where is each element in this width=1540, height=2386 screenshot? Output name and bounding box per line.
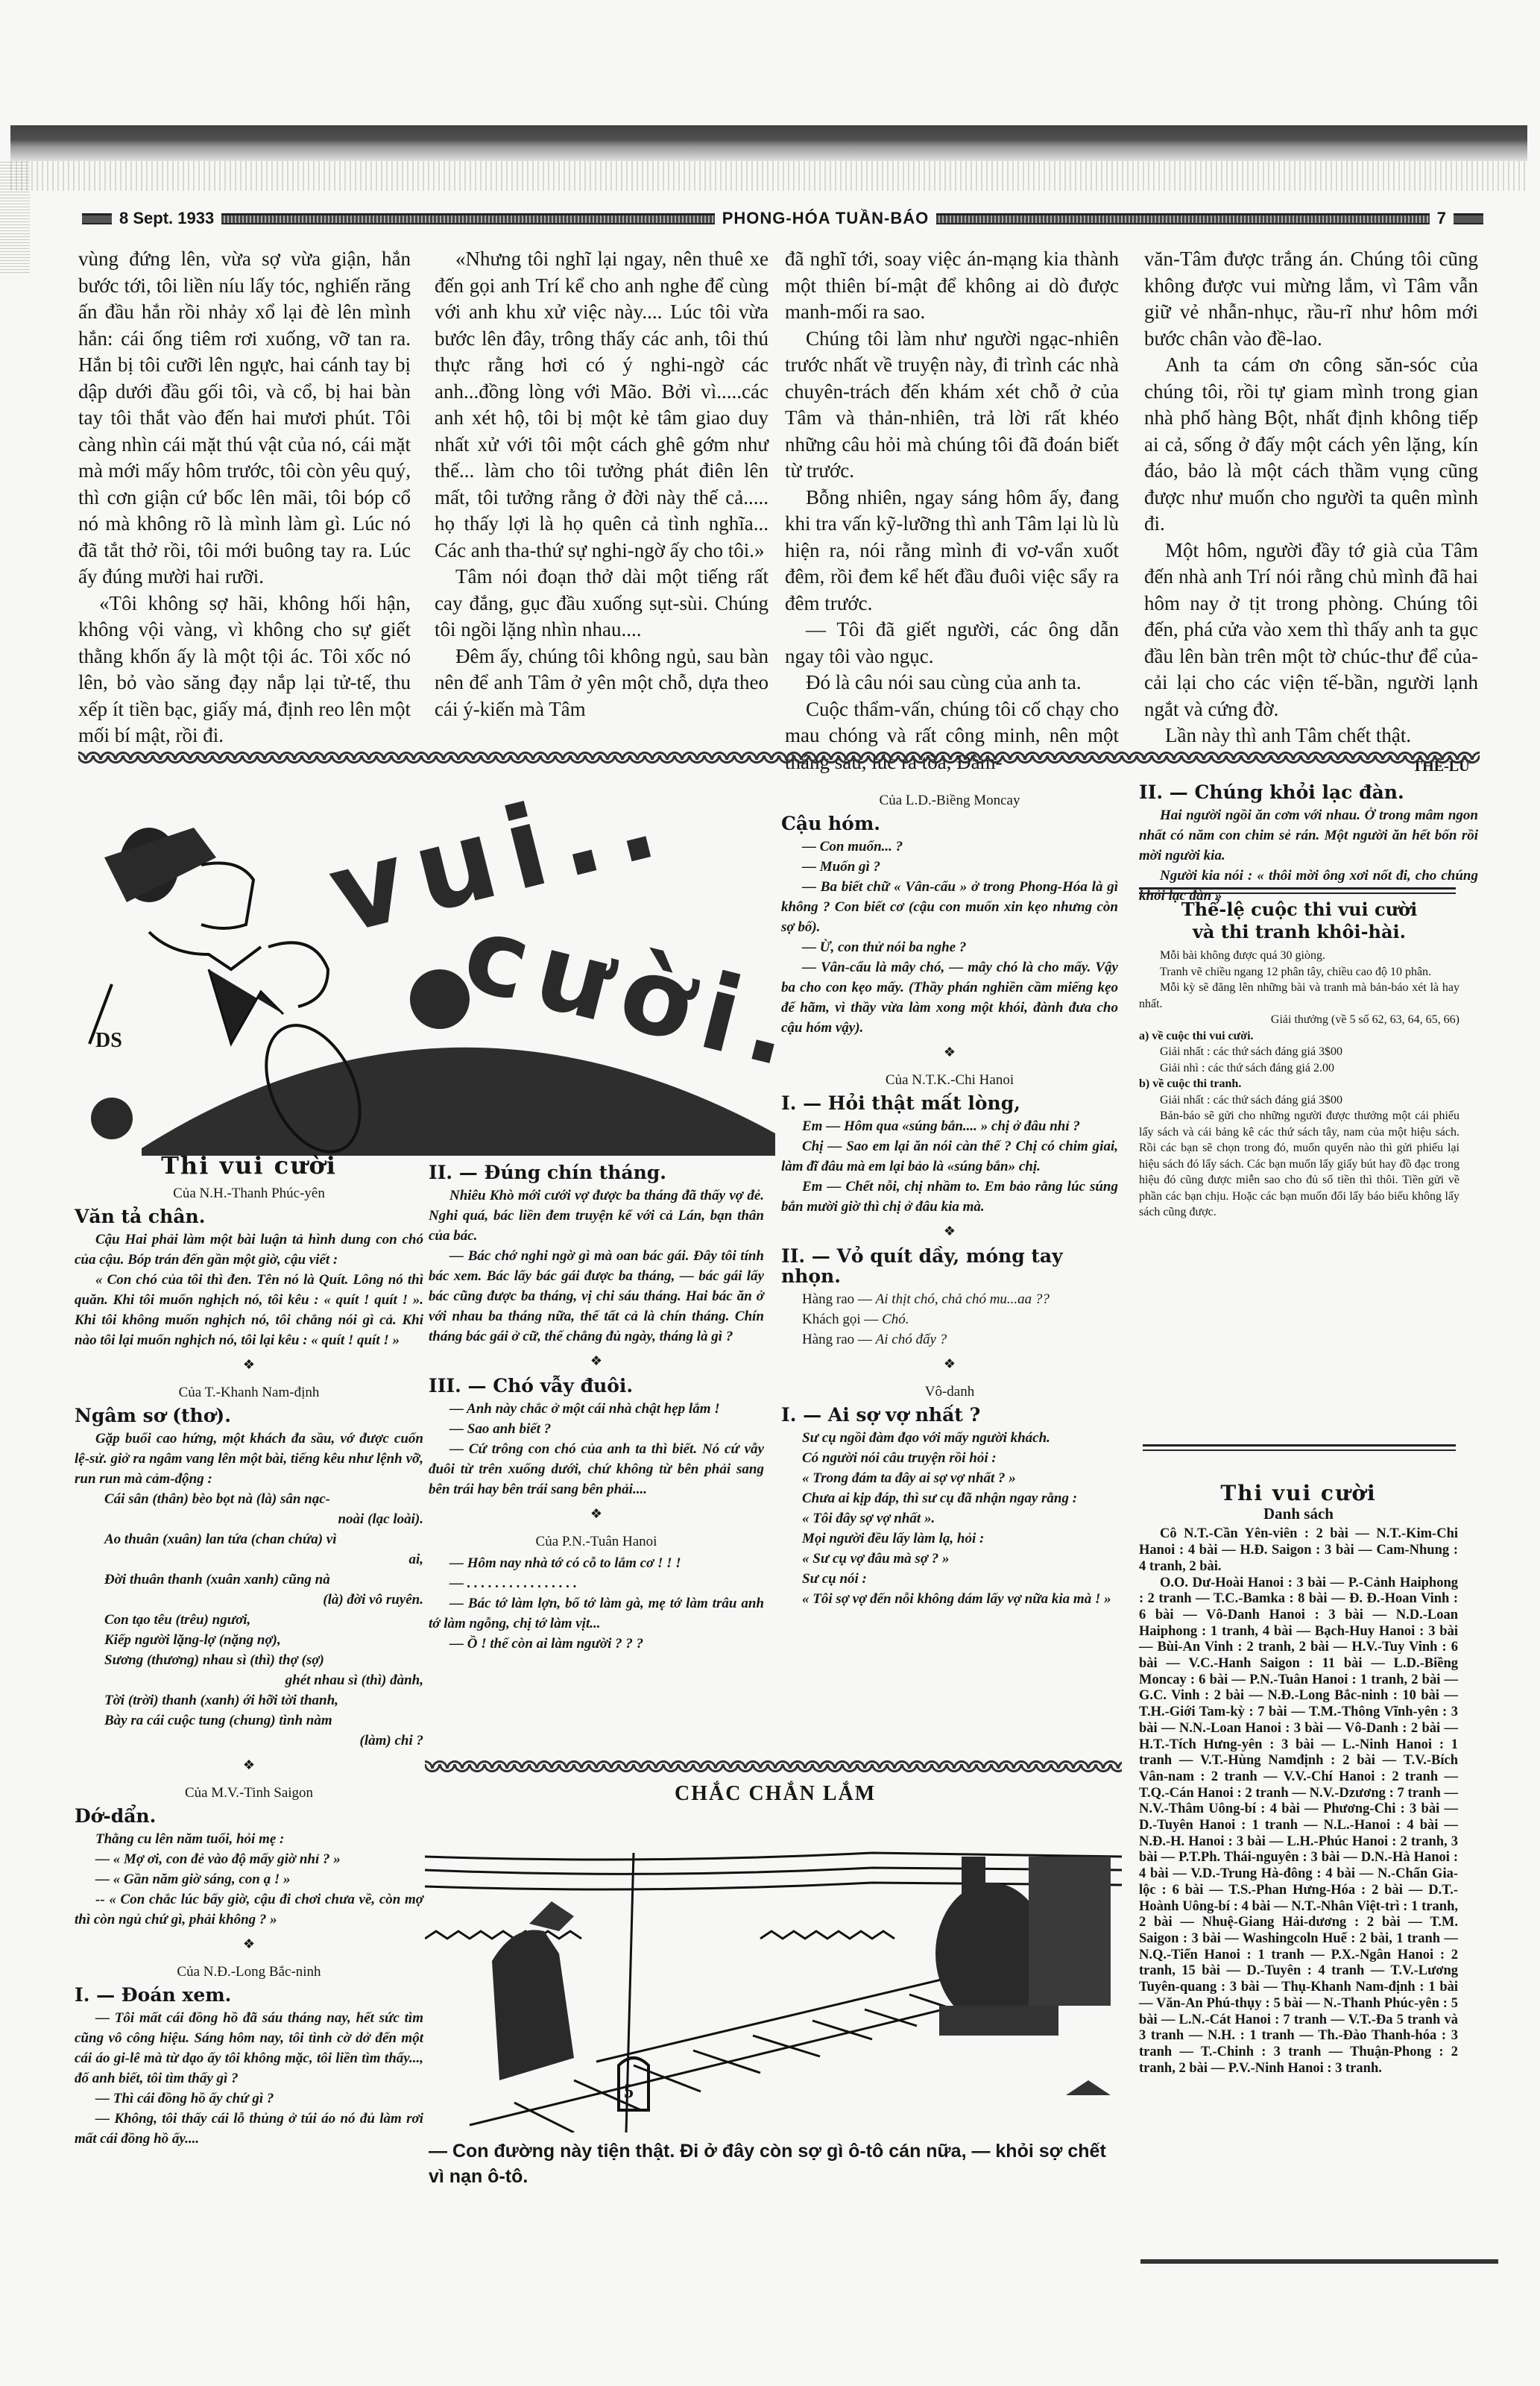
story-paragraph: Chúng tôi làm như người ngạc-nhiên trước… <box>785 326 1119 485</box>
entry-text: — Hôm nay nhà tớ có cỗ to lắm cơ ! ! ! <box>429 1553 764 1573</box>
entry-text: — Con muốn... ? <box>781 837 1118 857</box>
dialogue-line: Hàng rao — Ai chó đấy ? <box>802 1329 1118 1350</box>
entry-heading: Văn tả chân. <box>75 1206 423 1227</box>
poem-line: Tời (trời) thanh (xanh) ới hỡi tời thanh… <box>75 1690 423 1710</box>
entry-text: — Sao anh biết ? <box>429 1419 764 1439</box>
entry-byline: Của T.-Khanh Nam-định <box>75 1382 423 1403</box>
entry-text: — Muốn gì ? <box>781 857 1118 877</box>
entry-text: « Tôi đây sợ vợ nhất ». <box>781 1508 1118 1529</box>
story-paragraph: Một hôm, người đầy tớ già của Tâm đến nh… <box>1144 538 1478 723</box>
entry-text: — Anh này chắc ở một cái nhà chật hẹp lắ… <box>429 1399 764 1419</box>
poem-line-cont: ghét nhau sì (thì) đành, <box>75 1670 423 1690</box>
artist-initials: DS <box>95 1029 122 1053</box>
entry-text: — Bác chớ nghi ngờ gì mà oan bác gái. Đâ… <box>429 1246 764 1347</box>
entry-text: Thằng cu lên năm tuổi, hỏi mẹ : <box>75 1829 423 1849</box>
scan-edge-top <box>10 125 1527 161</box>
entry-text: — Bác tớ làm lợn, bố tớ làm gà, mẹ tớ là… <box>429 1593 764 1634</box>
banner-illustration: DS vui.. cười. <box>60 775 790 1156</box>
entry-byline: Của N.T.K.-Chi Hanoi <box>781 1070 1118 1090</box>
ornament-icon: ❖ <box>75 1934 423 1954</box>
story-paragraph: Đêm ấy, chúng tôi không ngủ, sau bàn nên… <box>435 643 769 723</box>
header-rule-right <box>1454 213 1483 224</box>
prize-line: Giải nhì : các thứ sách đáng giá 2.00 <box>1139 1060 1459 1077</box>
entry-text: — Ừ, con thử nói ba nghe ? <box>781 937 1118 957</box>
rules-text: Mỗi bài không được quá 30 giòng. <box>1139 948 1459 964</box>
entry-text: — « Mợ ơi, con đẻ vào độ mấy giờ nhỉ ? » <box>75 1849 423 1869</box>
story-paragraph: Anh ta cám ơn công săn-sóc của chúng tôi… <box>1144 352 1478 538</box>
entry-text: « Con chó của tôi thì đen. Tên nó là Quí… <box>75 1270 423 1350</box>
entry-text: « Sư cụ vợ đâu mà sợ ? » <box>781 1549 1118 1569</box>
entry-text: — Không, tôi thấy cái lỗ thủng ở túi áo … <box>75 2109 423 2149</box>
story-paragraph: Bỗng nhiên, ngay sáng hôm ấy, đang khi t… <box>785 485 1119 617</box>
contest-middle-column: II. — Đúng chín tháng. Nhiêu Khò mới cướ… <box>429 1159 764 1654</box>
entry-text: « Trong đám ta đây ai sợ vợ nhất ? » <box>781 1468 1118 1488</box>
section-rule <box>1139 887 1456 894</box>
speaker: Hàng rao — <box>802 1291 872 1307</box>
rules-text: Mỗi kỳ sẽ đăng lên những bài và tranh mà… <box>1139 980 1459 1012</box>
poem-line: Cái sân (thân) bèo bọt nà (là) sân nạc- <box>75 1489 423 1509</box>
list-title: Thi vui cười <box>1139 1485 1458 1502</box>
entry-text: Sư cụ ngồi đàm đạo với mấy người khách. <box>781 1428 1118 1448</box>
dialogue-line: Khách gọi — Chó. <box>802 1309 1118 1329</box>
entry-heading: III. — Chó vẫy đuôi. <box>429 1376 764 1396</box>
line: Chó. <box>882 1312 909 1327</box>
poem-line: Kiếp người lặng-lợ (nặng nợ), <box>75 1630 423 1650</box>
entry-heading: Ngâm sơ (thơ). <box>75 1406 423 1426</box>
contest-left-column: Thi vui cười Của N.H.-Thanh Phúc-yên Văn… <box>75 1154 423 2149</box>
ornament-icon: ❖ <box>781 1221 1118 1241</box>
wavy-divider <box>78 749 1480 766</box>
contest-title: Thi vui cười <box>75 1156 423 1176</box>
story-paragraph: — Tôi đã giết người, các ông dẫn ngay tô… <box>785 617 1119 670</box>
header-rule-left <box>82 213 112 224</box>
entry-text: — . . . . . . . . . . . . . . . . <box>429 1573 764 1593</box>
cartoon-title: CHẮC CHẮN LẮM <box>675 1782 876 1806</box>
poem-line: Đời thuân thanh (xuân xanh) cũng nà <box>75 1570 423 1590</box>
entry-text: — Ba biết chữ « Vân-cẩu » ở trong Phong-… <box>781 877 1118 937</box>
entry-text: Gặp buổi cao hứng, một khách đa sầu, vớ … <box>75 1429 423 1489</box>
ornament-icon: ❖ <box>75 1755 423 1775</box>
header-rule <box>936 213 1430 224</box>
entry-text: Em — Chết nỗi, chị nhầm to. Em bảo rằng … <box>781 1177 1118 1217</box>
entry-text: — « Gần năm giờ sáng, con ạ ! » <box>75 1869 423 1889</box>
story-column-1: vùng đứng lên, vừa sợ vừa giận, hắn bước… <box>78 246 411 749</box>
poem-line: Con tạo têu (trêu) ngươi, <box>75 1610 423 1630</box>
entry-byline: Của N.Đ.-Long Bắc-ninh <box>75 1962 423 1982</box>
list-subtitle: Danh sách <box>1139 1506 1458 1523</box>
entry-heading: II. — Chúng khỏi lạc đàn. <box>1139 782 1478 802</box>
story-paragraph: đã nghĩ tới, soay việc án-mạng kia thành… <box>785 246 1119 326</box>
speaker: Hàng rao — <box>802 1332 872 1347</box>
section-rule <box>1143 1444 1456 1451</box>
story-paragraph: «Tôi không sợ hãi, không hối hận, không … <box>78 591 411 749</box>
entry-heading: I. — Ai sợ vợ nhất ? <box>781 1405 1118 1425</box>
issue-date: 8 Sept. 1933 <box>119 209 214 228</box>
entry-text: « Tôi sợ vợ đến nỗi không dám lấy vợ nữa… <box>781 1589 1118 1609</box>
story-column-2: «Nhưng tôi nghĩ lại ngay, nên thuê xe đế… <box>435 246 769 723</box>
prize-section-a: a) về cuộc thi vui cười. <box>1139 1028 1459 1045</box>
entry-heading: II. — Vỏ quít dầy, móng tay nhọn. <box>781 1246 1118 1286</box>
rules-title-line: và thi tranh khôi-hài. <box>1139 921 1459 943</box>
entry-text: Nhiêu Khò mới cưới vợ được ba tháng đã t… <box>429 1186 764 1246</box>
poem-line-cont: noài (lạc loài). <box>75 1509 423 1529</box>
entry-text: Sư cụ nói : <box>781 1569 1118 1589</box>
entry-byline: Của L.D.-Biềng Moncay <box>781 790 1118 810</box>
dialogue: Hàng rao — Ai thịt chó, chả chó mu...aa … <box>781 1289 1118 1350</box>
entrant-list: Thi vui cười Danh sách Cô N.T.-Cần Yên-v… <box>1139 1484 1458 2077</box>
list-text: Cô N.T.-Cần Yên-viên : 2 bài — N.T.-Kim-… <box>1139 1526 1458 1575</box>
entry-text: — Vân-cẩu là mây chó, — mây chó là cho m… <box>781 957 1118 1038</box>
line: Ai chó đấy ? <box>876 1332 947 1347</box>
dialogue-line: Hàng rao — Ai thịt chó, chả chó mu...aa … <box>802 1289 1118 1309</box>
rules-text: Bản-báo sẽ gửi cho những người được thưở… <box>1139 1108 1459 1221</box>
entry-heading: Dớ-dẩn. <box>75 1806 423 1826</box>
poem-line: Bày ra cái cuộc tung (chung) tình nàm <box>75 1710 423 1731</box>
story-paragraph: Tâm nói đoạn thở dài một tiếng rất cay đ… <box>435 564 769 643</box>
prize-section-b: b) về cuộc thi tranh. <box>1139 1076 1459 1092</box>
entry-text: — Tôi mất cái đồng hồ đã sáu tháng nay, … <box>75 2008 423 2088</box>
poem-line-cont: (làm) chi ? <box>75 1731 423 1751</box>
entry-text: — Cứ trông con chó của anh ta thì biết. … <box>429 1439 764 1499</box>
ornament-icon: ❖ <box>429 1351 764 1371</box>
ornament-icon: ❖ <box>429 1504 764 1524</box>
ornament-icon: ❖ <box>781 1042 1118 1063</box>
list-text: O.O. Dư-Hoài Hanoi : 3 bài — P.-Cảnh Hai… <box>1139 1576 1458 2077</box>
entry-byline: Của M.V.-Tinh Saigon <box>75 1783 423 1803</box>
story-paragraph: vùng đứng lên, vừa sợ vừa giận, hắn bước… <box>78 246 411 591</box>
poem-line: Sương (thương) nhau sì (thì) thợ (sợ) <box>75 1650 423 1670</box>
rules-title: Thể-lệ cuộc thi vui cười và thi tranh kh… <box>1139 898 1459 943</box>
entry-text: — Thì cái đồng hồ ấy chứ gì ? <box>75 2088 423 2109</box>
entry-byline: Vô-danh <box>781 1382 1118 1402</box>
prize-line: Giải nhất : các thứ sách đáng giá 3$00 <box>1139 1044 1459 1060</box>
poem-line-cont: (là) đời vô ruyên. <box>75 1590 423 1610</box>
cartoon-caption: — Con đường này tiện thật. Đi ở đây còn … <box>429 2138 1118 2189</box>
wavy-divider <box>425 1758 1122 1775</box>
entry-text: — Ồ ! thế còn ai làm người ? ? ? <box>429 1634 764 1654</box>
story-paragraph: Đó là câu nói sau cùng của anh ta. <box>785 670 1119 696</box>
running-header: 8 Sept. 1933 PHONG-HÓA TUẦN-BÁO 7 <box>82 207 1483 230</box>
story-paragraph: văn-Tâm được trắng án. Chúng tôi cũng kh… <box>1144 246 1478 352</box>
scan-edge-left <box>0 161 30 273</box>
contest-rules: Thể-lệ cuộc thi vui cười và thi tranh kh… <box>1139 898 1459 1221</box>
entry-byline: Của N.H.-Thanh Phúc-yên <box>75 1183 423 1203</box>
entry-text: Hai người ngồi ăn cơm với nhau. Ở trong … <box>1139 805 1478 866</box>
entry-heading: I. — Đoán xem. <box>75 1985 423 2005</box>
entry-text: -- « Con chắc lúc bấy giờ, cậu đi chơi c… <box>75 1889 423 1930</box>
poem: Cái sân (thân) bèo bọt nà (là) sân nạc- … <box>75 1489 423 1751</box>
entry-text: Mọi người đều lấy làm lạ, hỏi : <box>781 1529 1118 1549</box>
contest-center-column: Của L.D.-Biềng Moncay Cậu hóm. — Con muố… <box>781 783 1118 1609</box>
publication-title: PHONG-HÓA TUẦN-BÁO <box>722 209 930 228</box>
poem-line: Ao thuân (xuân) lan tứa (chan chứa) vì <box>75 1529 423 1549</box>
header-rule <box>221 213 715 224</box>
entry-heading: I. — Hỏi thật mất lòng, <box>781 1093 1118 1113</box>
rules-title-line: Thể-lệ cuộc thi vui cười <box>1139 898 1459 921</box>
speaker: Khách gọi — <box>802 1312 878 1327</box>
bottom-rule <box>1140 2259 1498 2264</box>
prize-heading: Giải thưởng (về 5 số 62, 63, 64, 65, 66) <box>1139 1012 1459 1028</box>
entry-heading: Cậu hóm. <box>781 813 1118 834</box>
page-number: 7 <box>1437 209 1446 228</box>
rules-text: Tranh vẽ chiều ngang 12 phân tây, chiều … <box>1139 964 1459 980</box>
milestone-number: 5 <box>624 2080 634 2103</box>
prize-line: Giải nhất : các thứ sách đáng giá 3$00 <box>1139 1092 1459 1109</box>
train-track-illustration <box>425 1812 1122 2132</box>
ornament-icon: ❖ <box>75 1355 423 1375</box>
entry-text: Em — Hôm qua «súng bắn.... » chị ở đâu n… <box>781 1116 1118 1136</box>
ornament-icon: ❖ <box>781 1354 1118 1374</box>
entry-text: Cậu Hai phải làm một bài luận tả hình du… <box>75 1230 423 1270</box>
story-column-3: đã nghĩ tới, soay việc án-mạng kia thành… <box>785 246 1119 775</box>
entry-heading: II. — Đúng chín tháng. <box>429 1162 764 1183</box>
entry-text: Chưa ai kịp đáp, thì sư cụ đã nhận ngay … <box>781 1488 1118 1508</box>
story-paragraph: Lần này thì anh Tâm chết thật. <box>1144 723 1478 749</box>
poem-line-cont: ai, <box>75 1549 423 1570</box>
cartoon-illustration: 5 <box>425 1812 1122 2132</box>
entry-text: Chị — Sao em lại ăn nói càn thế ? Chị có… <box>781 1136 1118 1177</box>
story-paragraph: «Nhưng tôi nghĩ lại ngay, nên thuê xe đế… <box>435 246 769 564</box>
line: Ai thịt chó, chả chó mu...aa ?? <box>876 1291 1050 1307</box>
entry-text: Có người nói câu truyện rồi hỏi : <box>781 1448 1118 1468</box>
story-column-4: văn-Tâm được trắng án. Chúng tôi cũng kh… <box>1144 246 1478 780</box>
entry-byline: Của P.N.-Tuân Hanoi <box>429 1532 764 1552</box>
